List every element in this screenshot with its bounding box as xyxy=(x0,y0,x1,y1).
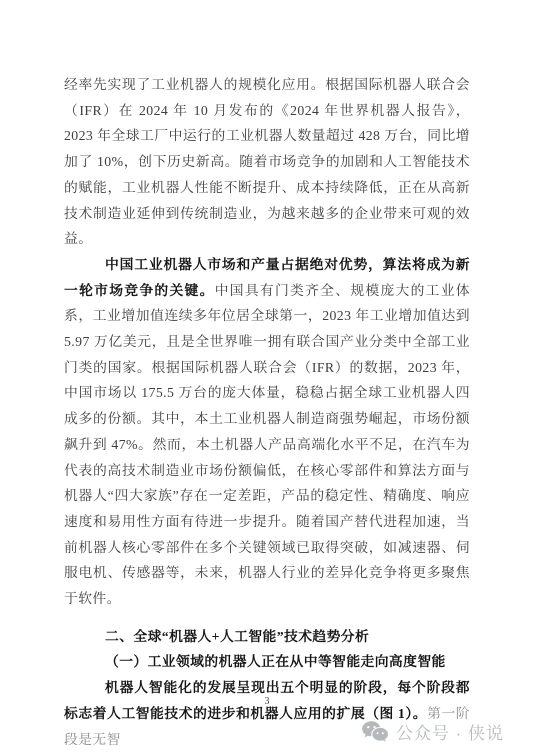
document-page: 经率先实现了工业机器人的规模化应用。根据国际机器人联合会（IFR）在 2024 … xyxy=(0,0,534,755)
document-body: 经率先实现了工业机器人的规模化应用。根据国际机器人联合会（IFR）在 2024 … xyxy=(64,72,470,752)
paragraph-ifr-report: 经率先实现了工业机器人的规模化应用。根据国际机器人联合会（IFR）在 2024 … xyxy=(64,72,470,252)
text-segment-bold: （一）工业领域的机器人正在从中等智能走向高度智能 xyxy=(105,654,446,669)
text-segment-regular: 中国具有门类齐全、规模庞大的工业体系，工业增加值连续多年位居全球第一，2023 … xyxy=(64,283,470,606)
section-heading-robot-ai-trends: 二、全球“机器人+人工智能”技术趋势分析 xyxy=(64,624,470,650)
watermark: 公众号 · 侠说 xyxy=(361,719,504,744)
paragraph-china-market: 中国工业机器人市场和产量占据绝对优势，算法将成为新一轮市场竞争的关键。中国具有门… xyxy=(64,252,470,612)
text-segment-bold: 二、全球“机器人+人工智能”技术趋势分析 xyxy=(105,629,369,644)
watermark-label: 公众号 · 侠说 xyxy=(396,719,504,744)
text-segment-regular: 经率先实现了工业机器人的规模化应用。根据国际机器人联合会（IFR）在 2024 … xyxy=(64,77,470,246)
wechat-icon xyxy=(361,720,389,744)
subsection-heading-industrial-intelligence: （一）工业领域的机器人正在从中等智能走向高度智能 xyxy=(64,649,470,675)
page-number: 3 xyxy=(0,696,534,707)
